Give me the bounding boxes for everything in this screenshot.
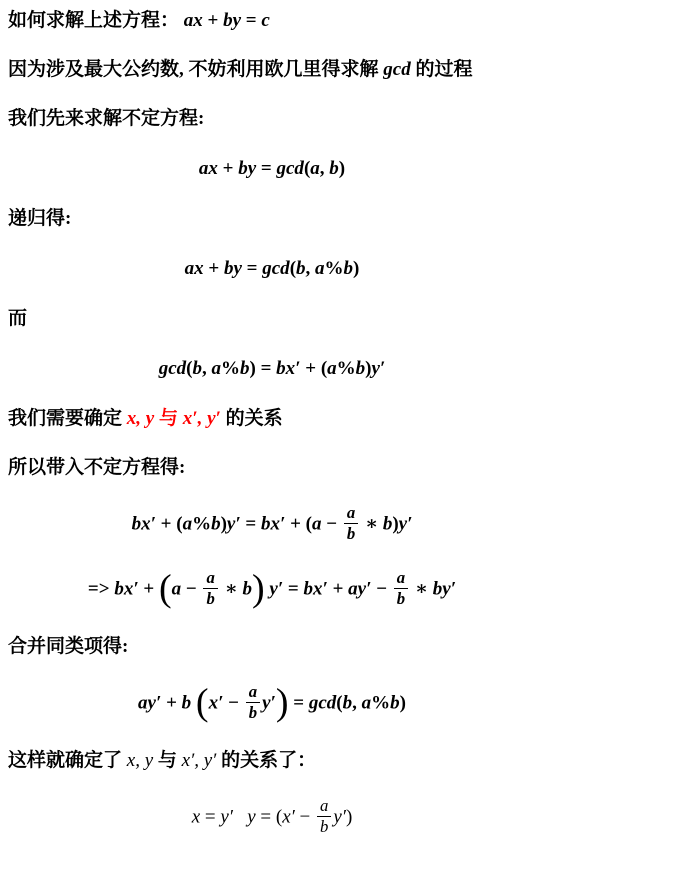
text-run: b (383, 513, 393, 534)
text-run: y′ (220, 807, 233, 828)
para-substitute: 所以带入不定方程得: (0, 457, 544, 479)
text-run: − (181, 579, 201, 600)
text-run: ay′ (138, 693, 161, 714)
text-run: x, y (127, 408, 154, 429)
formula-combined: ay′ + b (x′ − aby′) = gcd(b, a%b) (0, 685, 544, 723)
text-run: 的关系了： (216, 750, 316, 771)
text-run: 与 (154, 408, 183, 429)
text-run: − (322, 513, 342, 534)
text-run: y′ (227, 513, 241, 534)
text-run: = (283, 579, 303, 600)
text-run: 因为涉及最大公约数, 不妨利用欧几里得求解 (8, 59, 383, 80)
text-run: x (192, 807, 200, 828)
text-run: b (182, 693, 192, 714)
para-question: 如何求解上述方程： ax + by = c (0, 10, 544, 32)
text-run: x′, y′ (183, 408, 221, 429)
text-run: bx′ (304, 579, 328, 600)
text-run: b (211, 513, 221, 534)
text-run: a (312, 513, 322, 534)
text-run: b (296, 258, 306, 279)
text-run: a (310, 158, 320, 179)
text-run: by (223, 10, 241, 31)
text-run: + (203, 10, 223, 31)
text-run: b (344, 258, 354, 279)
text-run: + (139, 579, 159, 600)
text-run: 与 (153, 750, 182, 771)
formula-distributed: => bx′ + (a − ab ∗ b) y′ = bx′ + ay′ − a… (0, 571, 544, 609)
text-run: a (183, 513, 193, 534)
text-run: b (356, 358, 366, 379)
text-run: = ( (256, 807, 283, 828)
text-run: 我们需要确定 (8, 408, 127, 429)
text-run: % (221, 358, 240, 379)
text-run: b (242, 579, 252, 600)
text-run: % (192, 513, 211, 534)
text-run: gcd (277, 158, 304, 179)
text-run: => (88, 579, 114, 600)
text-run: b (390, 693, 400, 714)
para-combine: 合并同类项得: (0, 636, 544, 658)
text-run: , (352, 693, 362, 714)
text-run: b (193, 358, 203, 379)
fraction: ab (317, 797, 331, 835)
text-run: b (343, 693, 353, 714)
fraction: ab (394, 569, 408, 607)
text-run: = (256, 158, 276, 179)
text-run: bx′ (114, 579, 138, 600)
text-run: y′ (371, 358, 385, 379)
big-paren: ( (159, 568, 172, 610)
text-run: 的过程 (411, 59, 473, 80)
text-run: % (371, 693, 390, 714)
text-run: b (240, 358, 250, 379)
text-run: gcd (383, 59, 410, 80)
text-run: bx′ (132, 513, 156, 534)
text-run: + (218, 158, 238, 179)
text-run: ax (199, 158, 218, 179)
text-run: ax (184, 10, 203, 31)
text-run: by (238, 158, 256, 179)
text-run: by (224, 258, 242, 279)
text-run: ax (185, 258, 204, 279)
text-run: y′ (333, 807, 346, 828)
text-run: − (223, 693, 243, 714)
para-relation-found: 这样就确定了 x, y 与 x′, y′ 的关系了： (0, 750, 544, 772)
text-run: , (320, 158, 330, 179)
text-run: c (261, 10, 269, 31)
text-run: + (204, 258, 224, 279)
text-run: − (295, 807, 315, 828)
text-run: 的关系 (221, 408, 283, 429)
big-paren: ) (276, 682, 289, 724)
text-run: ∗ (220, 579, 243, 600)
text-run: ∗ (360, 513, 383, 534)
text-run: + (328, 579, 348, 600)
text-run: x′, y′ (182, 750, 217, 771)
text-run: gcd (309, 693, 336, 714)
text-run: x′ (282, 807, 295, 828)
text-run: y (247, 807, 255, 828)
fraction: ab (344, 504, 358, 542)
text-run: x′ (209, 693, 224, 714)
text-run: , (306, 258, 316, 279)
text-run: 递归得: (8, 208, 71, 229)
text-run (233, 807, 247, 828)
text-run: ) = (250, 358, 277, 379)
text-run: 而 (8, 308, 27, 329)
document: 如何求解上述方程： ax + by = c 因为涉及最大公约数, 不妨利用欧几里… (0, 0, 544, 837)
text-run: 合并同类项得: (8, 636, 128, 657)
text-run: + ( (156, 513, 183, 534)
formula-gcd-ab: ax + by = gcd(a, b) (0, 157, 544, 181)
big-paren: ) (252, 568, 265, 610)
text-run: 如何求解上述方程： (8, 10, 184, 31)
text-run: 这样就确定了 (8, 750, 127, 771)
fraction: ab (203, 569, 217, 607)
text-run: by′ (433, 579, 456, 600)
formula-gcd-b-amodb: ax + by = gcd(b, a%b) (0, 257, 544, 281)
text-run: + ( (301, 358, 328, 379)
text-run: = (242, 258, 262, 279)
text-run: a (362, 693, 372, 714)
big-paren: ( (196, 682, 209, 724)
text-run: b (329, 158, 339, 179)
text-run: % (325, 258, 344, 279)
text-run: bx′ (276, 358, 300, 379)
text-run: 所以带入不定方程得: (8, 457, 185, 478)
text-run: a (172, 579, 182, 600)
fraction: ab (246, 683, 260, 721)
para-gcd-intro: 因为涉及最大公约数, 不妨利用欧几里得求解 gcd 的过程 (0, 59, 544, 81)
text-run: ) (400, 693, 406, 714)
text-run: 我们先来求解不定方程: (8, 108, 204, 129)
text-run: ay′ (348, 579, 371, 600)
text-run: gcd (159, 358, 186, 379)
text-run: a (327, 358, 337, 379)
text-run: % (337, 358, 356, 379)
text-run: a (212, 358, 222, 379)
formula-expand: gcd(b, a%b) = bx′ + (a%b)y′ (0, 357, 544, 381)
formula-solution: x = y′ y = (x′ − aby′) (0, 799, 544, 837)
text-run: = (241, 10, 261, 31)
text-run: , (202, 358, 212, 379)
text-run: y′ (399, 513, 413, 534)
text-run: + (161, 693, 181, 714)
text-run: ) (346, 807, 352, 828)
para-solve-indeterminate: 我们先来求解不定方程: (0, 108, 544, 130)
text-run: − (371, 579, 391, 600)
text-run: gcd (262, 258, 289, 279)
text-run: ) (339, 158, 345, 179)
para-determine-relation: 我们需要确定 x, y 与 x′, y′ 的关系 (0, 408, 544, 430)
para-recursion: 递归得: (0, 208, 544, 230)
text-run: y′ (269, 579, 283, 600)
text-run: ∗ (410, 579, 433, 600)
text-run: = (289, 693, 309, 714)
text-run: bx′ (261, 513, 285, 534)
text-run: x, y (127, 750, 153, 771)
text-run: + ( (285, 513, 312, 534)
text-run: ) (353, 258, 359, 279)
text-run: y′ (262, 693, 276, 714)
text-run: = (241, 513, 261, 534)
text-run: = (200, 807, 220, 828)
text-run: a (315, 258, 325, 279)
para-er: 而 (0, 308, 544, 330)
formula-substituted: bx′ + (a%b)y′ = bx′ + (a − ab ∗ b)y′ (0, 506, 544, 544)
